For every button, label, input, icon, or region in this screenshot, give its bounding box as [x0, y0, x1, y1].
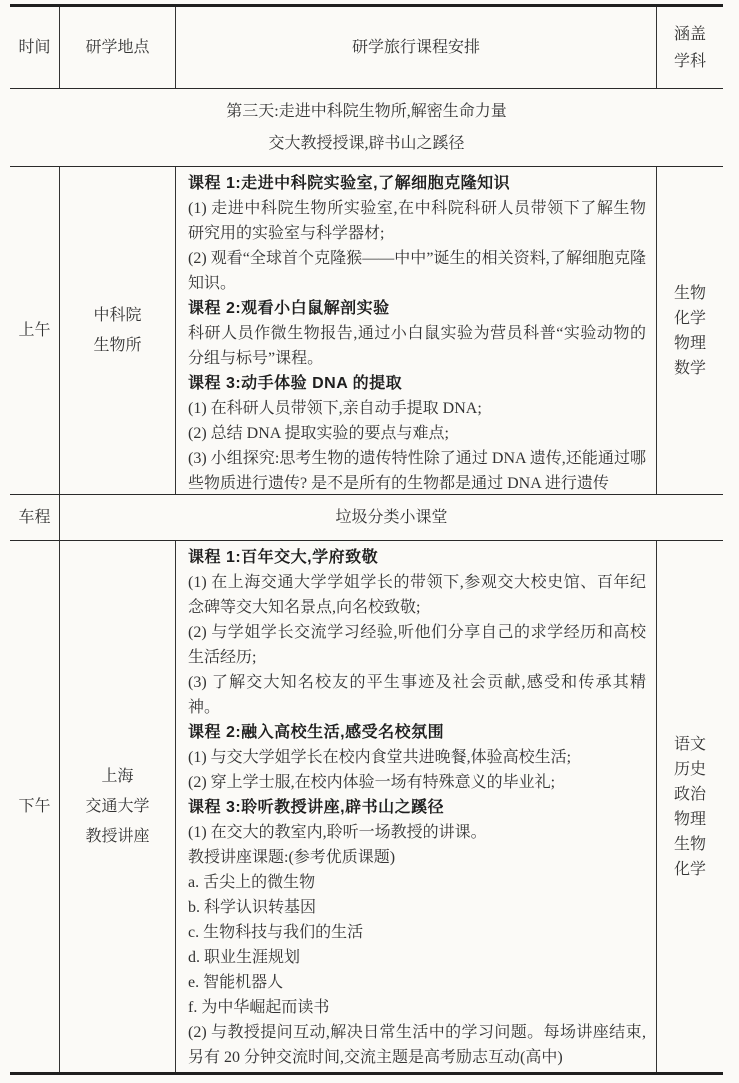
course-block: (1) 在科研人员带领下,亲自动手提取 DNA; [188, 396, 646, 421]
subject-label: 政治 [674, 782, 706, 807]
course-block: e. 智能机器人 [188, 970, 646, 995]
course-block: b. 科学认识转基因 [188, 895, 646, 920]
subject-label: 物理 [674, 807, 706, 832]
course-block: 课程 3:动手体验 DNA 的提取 [188, 371, 646, 396]
course-block: (1) 与交大学姐学长在校内食堂共进晚餐,体验高校生活; [188, 745, 646, 770]
transit-course: 垃圾分类小课堂 [59, 495, 723, 540]
header-location: 研学地点 [59, 7, 175, 88]
course-block: c. 生物科技与我们的生活 [188, 920, 646, 945]
scanned-itinerary-page: { "colors": { "ink": "#333333", "heading… [0, 0, 739, 1083]
header-subjects-line: 涵盖 [674, 21, 706, 48]
course-block: (2) 与学姐学长交流学习经验,听他们分享自己的求学经历和高校生活经历; [188, 620, 646, 670]
course-block: a. 舌尖上的微生物 [188, 870, 646, 895]
table-header-row: 时间 研学地点 研学旅行课程安排 涵盖 学科 [10, 7, 723, 89]
header-subjects-line: 学科 [674, 48, 706, 75]
afternoon-location-line: 交通大学 [85, 792, 149, 822]
morning-time: 上午 [10, 167, 59, 494]
subject-label: 生物 [674, 281, 706, 306]
course-block: (2) 总结 DNA 提取实验的要点与难点; [188, 421, 646, 446]
course-block: 课程 3:聆听教授讲座,辟书山之蹊径 [188, 795, 646, 820]
course-block: 教授讲座课题:(参考优质课题) [188, 845, 646, 870]
course-block: f. 为中华崛起而读书 [188, 995, 646, 1020]
subject-label: 生物 [674, 832, 706, 857]
subject-label: 物理 [674, 331, 706, 356]
course-block: 课程 2:融入高校生活,感受名校氛围 [188, 720, 646, 745]
subject-label: 化学 [674, 306, 706, 331]
course-block: 课程 1:走进中科院实验室,了解细胞克隆知识 [188, 171, 646, 196]
afternoon-time: 下午 [10, 541, 59, 1072]
subject-label: 数学 [674, 356, 706, 381]
course-block: (2) 与教授提问互动,解决日常生活中的学习问题。每场讲座结束,另有 20 分钟… [188, 1020, 646, 1070]
day-banner: 第三天:走进中科院生物所,解密生命力量 交大教授授课,辟书山之蹊径 [10, 89, 723, 167]
transit-time: 车程 [10, 495, 59, 540]
morning-course: 课程 1:走进中科院实验室,了解细胞克隆知识 (1) 走进中科院生物所实验室,在… [175, 167, 656, 494]
itinerary-table: 时间 研学地点 研学旅行课程安排 涵盖 学科 第三天:走进中科院生物所,解密生命… [10, 4, 723, 1075]
course-block: (2) 观看“全球首个克隆猴——中中”诞生的相关资料,了解细胞克隆知识。 [188, 246, 646, 296]
afternoon-course: 课程 1:百年交大,学府致敬 (1) 在上海交通大学学姐学长的带领下,参观交大校… [175, 541, 656, 1072]
header-time: 时间 [10, 7, 59, 88]
day-banner-line2: 交大教授授课,辟书山之蹊径 [268, 128, 464, 160]
afternoon-row: 下午 上海 交通大学 教授讲座 课程 1:百年交大,学府致敬 (1) 在上海交通… [10, 541, 723, 1072]
morning-subjects: 生物 化学 物理 数学 [656, 167, 723, 494]
course-block: 课程 1:百年交大,学府致敬 [188, 545, 646, 570]
afternoon-location-line: 教授讲座 [85, 822, 149, 852]
morning-location: 中科院 生物所 [59, 167, 175, 494]
course-block: (1) 在交大的教室内,聆听一场教授的讲课。 [188, 820, 646, 845]
afternoon-location-line: 上海 [101, 762, 133, 792]
morning-row: 上午 中科院 生物所 课程 1:走进中科院实验室,了解细胞克隆知识 (1) 走进… [10, 167, 723, 495]
subject-label: 历史 [674, 757, 706, 782]
day-banner-line1: 第三天:走进中科院生物所,解密生命力量 [226, 96, 506, 128]
afternoon-subjects: 语文 历史 政治 物理 生物 化学 [656, 541, 723, 1072]
course-block: d. 职业生涯规划 [188, 945, 646, 970]
course-block: (1) 走进中科院生物所实验室,在中科院科研人员带领下了解生物研究用的实验室与科… [188, 196, 646, 246]
subject-label: 化学 [674, 857, 706, 882]
morning-location-line: 生物所 [93, 331, 141, 361]
course-block: 课程 2:观看小白鼠解剖实验 [188, 296, 646, 321]
header-course: 研学旅行课程安排 [175, 7, 656, 88]
afternoon-location: 上海 交通大学 教授讲座 [59, 541, 175, 1072]
course-block: 科研人员作微生物报告,通过小白鼠实验为营员科普“实验动物的分组与标号”课程。 [188, 321, 646, 371]
morning-location-line: 中科院 [93, 301, 141, 331]
subject-label: 语文 [674, 732, 706, 757]
transit-row: 车程 垃圾分类小课堂 [10, 495, 723, 541]
course-block: (1) 在上海交通大学学姐学长的带领下,参观交大校史馆、百年纪念碑等交大知名景点… [188, 570, 646, 620]
course-block: (2) 穿上学士服,在校内体验一场有特殊意义的毕业礼; [188, 770, 646, 795]
course-block: (3) 小组探究:思考生物的遗传特性除了通过 DNA 遗传,还能通过哪些物质进行… [188, 446, 646, 496]
course-block: (3) 了解交大知名校友的平生事迹及社会贡献,感受和传承其精神。 [188, 670, 646, 720]
header-subjects: 涵盖 学科 [656, 7, 723, 88]
